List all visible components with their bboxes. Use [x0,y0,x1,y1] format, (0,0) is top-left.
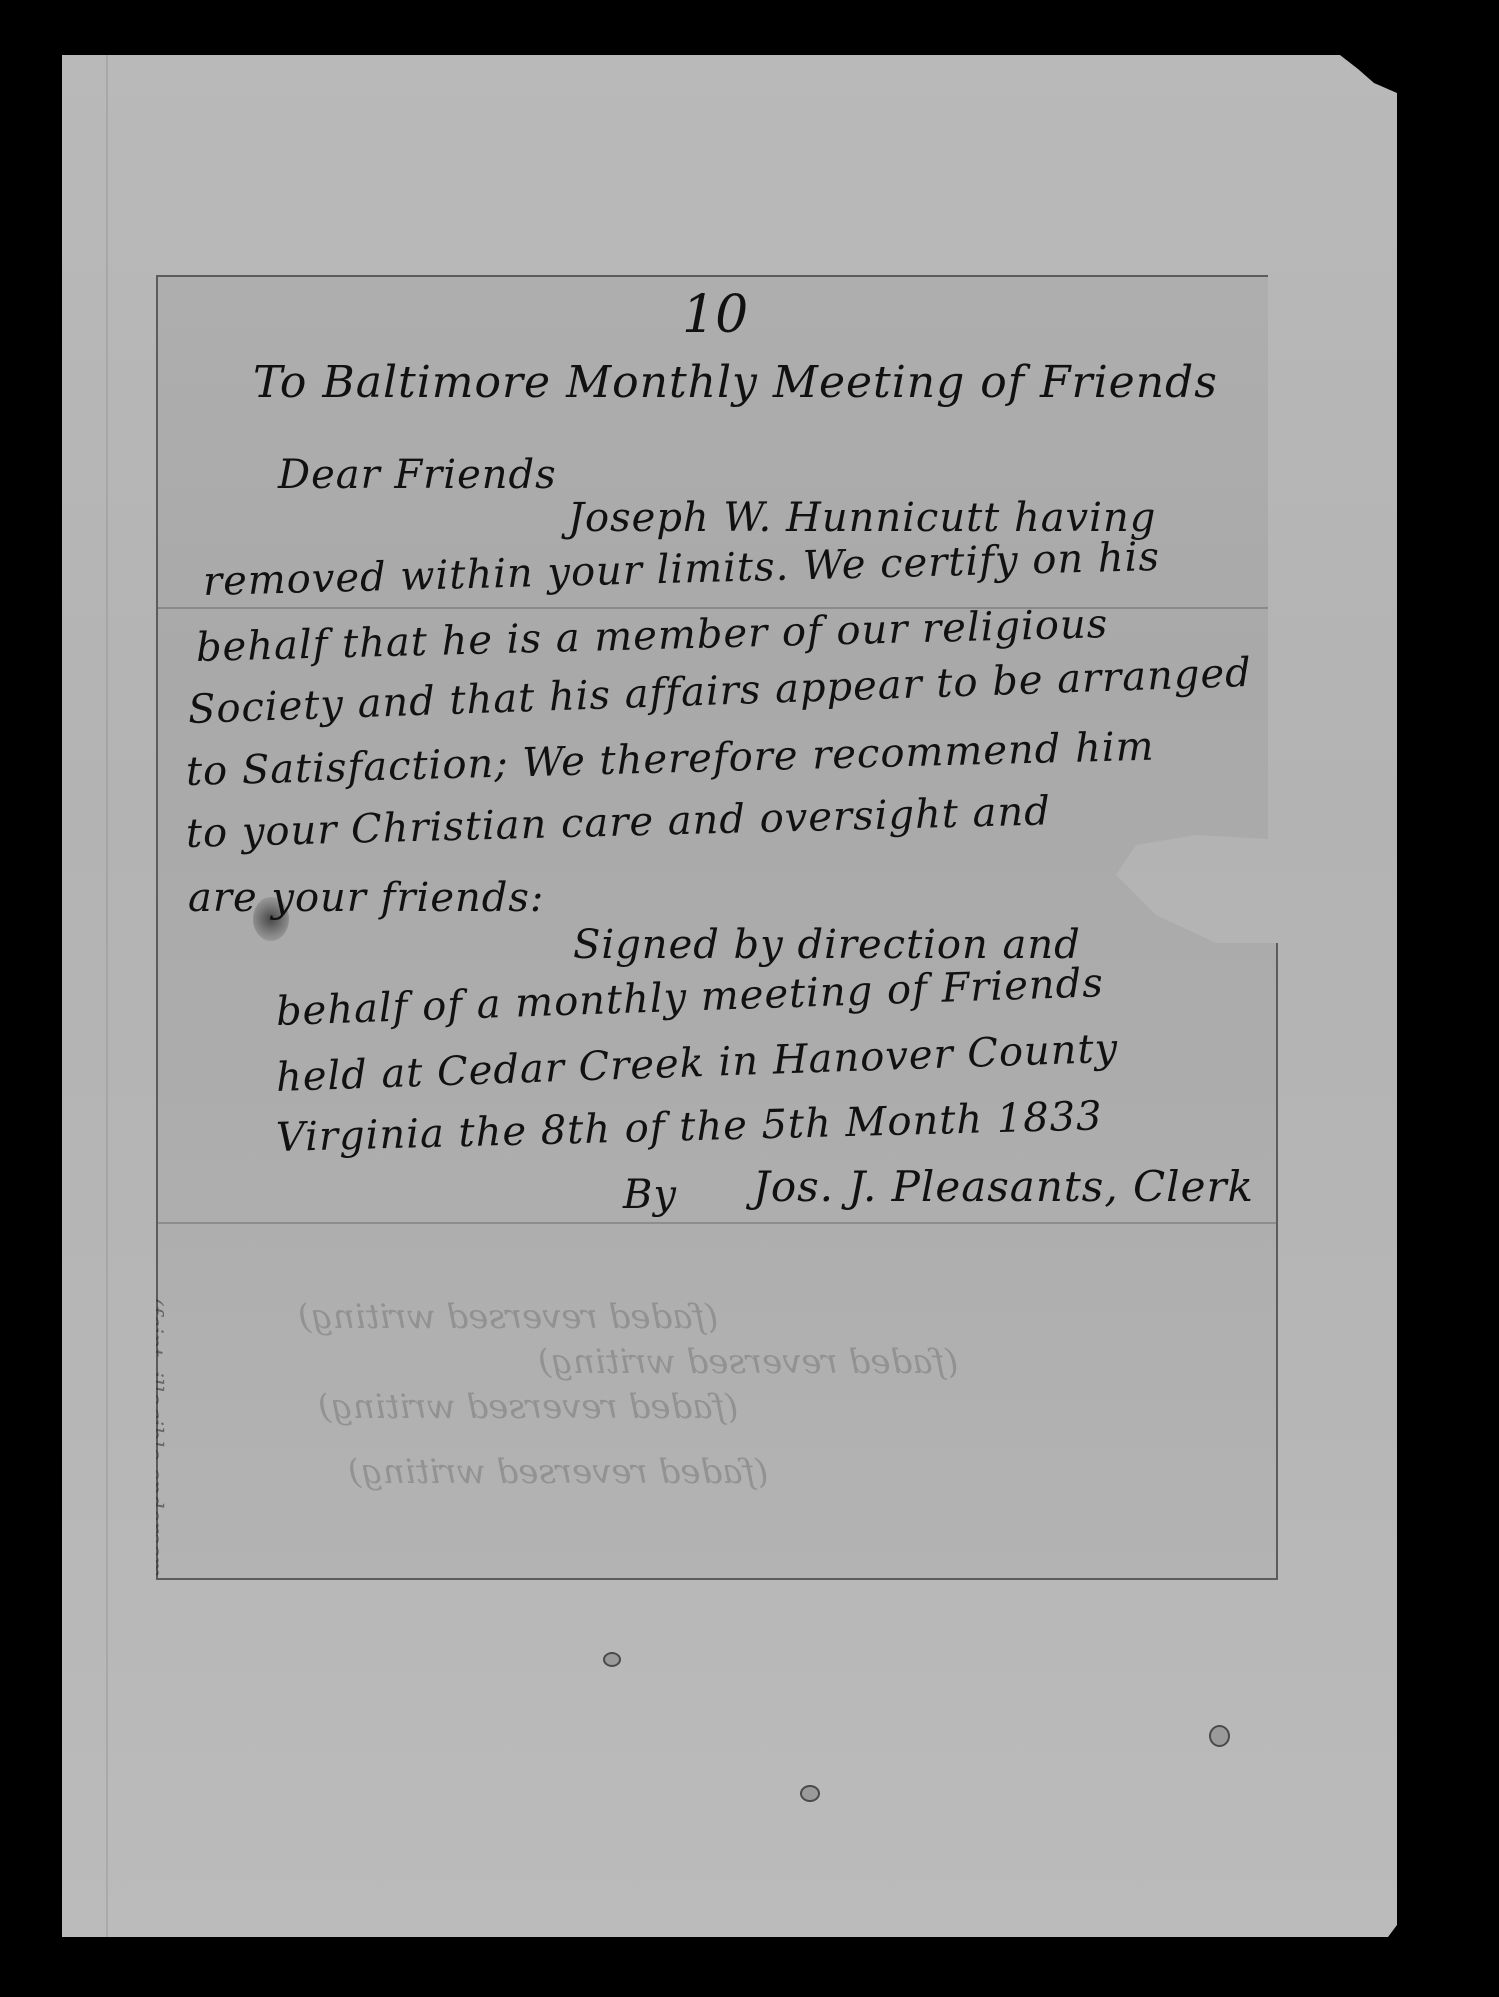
closing-line: behalf of a monthly meeting of Friends [275,960,1104,1035]
fold-crease [158,1222,1276,1224]
punch-hole [603,1652,621,1667]
closing-line: Virginia the 8th of the 5th Month 1833 [275,1093,1103,1161]
punch-hole [800,1785,820,1802]
body-line: Joseph W. Hunnicutt having [568,495,1156,541]
bleed-through-text: (faded reversed writing) [318,1387,738,1427]
bleed-through-text: (faded reversed writing) [298,1297,718,1337]
closing-line: Signed by direction and [573,922,1081,968]
salutation: Dear Friends [278,452,557,498]
fold-crease [158,607,1276,609]
signature-prefix: By [623,1172,677,1218]
body-line: are your friends: [188,875,544,921]
signature-name: Jos. J. Pleasants, Clerk [753,1162,1254,1211]
body-line: to your Christian care and oversight and [185,788,1051,857]
letter-page: 10 To Baltimore Monthly Meeting of Frien… [156,275,1278,1580]
bleed-through-text: (faded reversed writing) [348,1452,768,1492]
scan-viewer: 10 To Baltimore Monthly Meeting of Frien… [0,0,1499,1997]
body-line: removed within your limits. We certify o… [202,534,1160,605]
punch-hole [1209,1725,1230,1747]
closing-line: held at Cedar Creek in Hanover County [275,1026,1119,1101]
address-line: To Baltimore Monthly Meeting of Friends [253,357,1218,408]
page-number: 10 [682,285,748,345]
body-line: to Satisfaction; We therefore recommend … [185,724,1155,795]
bleed-through-text: (faded reversed writing) [538,1342,958,1382]
